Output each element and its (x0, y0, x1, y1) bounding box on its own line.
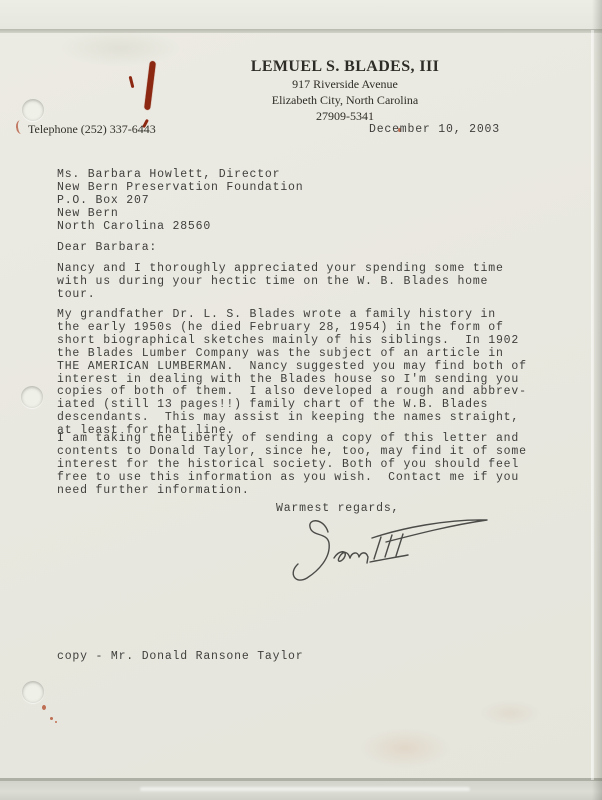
letterhead-name: LEMUEL S. BLADES, III (251, 58, 439, 76)
sleeve-reflection (140, 787, 470, 791)
punch-hole-top (22, 99, 44, 121)
letterhead-street: 917 Riverside Avenue (251, 77, 439, 92)
sleeve-right-edge (592, 0, 602, 800)
recipient-address-block: Ms. Barbara Howlett, Director New Bern P… (57, 169, 303, 234)
body-paragraph-3: I am taking the liberty of sending a cop… (57, 433, 527, 498)
red-ink-speck (50, 717, 53, 720)
body-paragraph-2: My grandfather Dr. L. S. Blades wrote a … (57, 309, 527, 438)
letterhead-telephone: Telephone (252) 337-6443 (28, 122, 156, 137)
scanned-letter-page: LEMUEL S. BLADES, III 917 Riverside Aven… (0, 0, 602, 800)
letterhead: LEMUEL S. BLADES, III 917 Riverside Aven… (251, 58, 439, 124)
red-ink-speck (42, 705, 46, 710)
red-ink-speck (55, 721, 57, 723)
sleeve-top-band (0, 0, 602, 29)
date-line: December 10, 2003 (369, 124, 500, 137)
paper-stain (60, 30, 180, 66)
copy-line: copy - Mr. Donald Ransone Taylor (57, 651, 303, 664)
handwritten-signature (282, 508, 492, 588)
letterhead-city: Elizabeth City, North Carolina (251, 93, 439, 108)
punch-hole-middle (21, 386, 43, 408)
paper-stain (360, 728, 450, 768)
body-paragraph-1: Nancy and I thoroughly appreciated your … (57, 263, 504, 302)
paper-stain (480, 700, 540, 726)
salutation: Dear Barbara: (57, 242, 157, 255)
letterhead-zip: 27909-5341 (251, 109, 439, 124)
punch-hole-bottom (22, 681, 44, 703)
